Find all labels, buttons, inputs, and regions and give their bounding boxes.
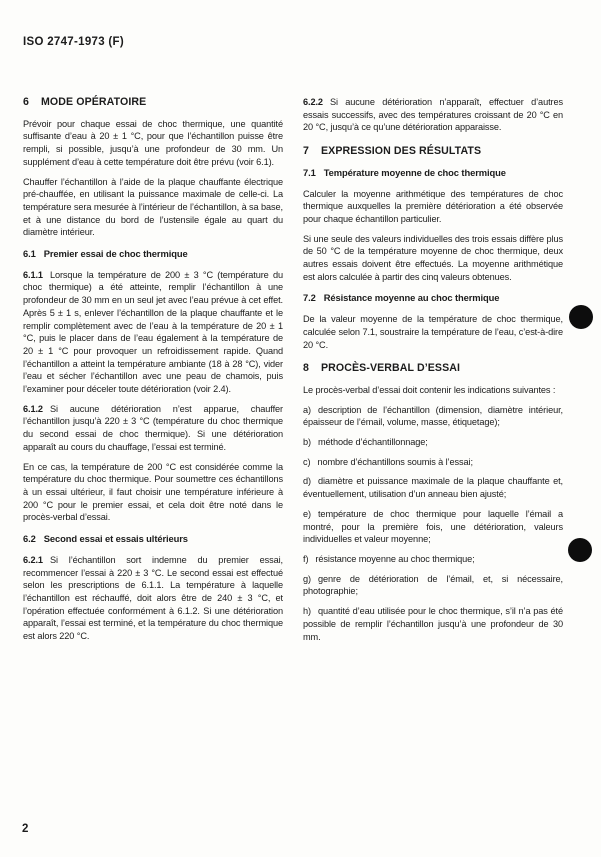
section-number: 7.1 xyxy=(303,167,316,178)
paragraph-7-1-a: Calculer la moyenne arithmétique des tem… xyxy=(303,188,563,226)
clause-number: 6.1.1 xyxy=(23,270,43,280)
list-text: diamètre et puissance maximale de la pla… xyxy=(303,476,563,499)
clause-text: Si aucune détérioration n’apparaît, effe… xyxy=(303,97,563,132)
two-column-layout: 6MODE OPÉRATOIRE Prévoir pour chaque ess… xyxy=(23,96,563,650)
section-number: 8 xyxy=(303,362,309,374)
list-item-g: g)genre de détérioration de l’émail, et,… xyxy=(303,573,563,598)
document-page: ISO 2747-1973 (F) 6MODE OPÉRATOIRE Prévo… xyxy=(0,0,601,857)
section-title: PROCÈS-VERBAL D’ESSAI xyxy=(321,362,460,374)
left-column: 6MODE OPÉRATOIRE Prévoir pour chaque ess… xyxy=(23,96,283,650)
list-item-a: a)description de l’échantillon (dimensio… xyxy=(303,404,563,429)
right-column: 6.2.2Si aucune détérioration n’apparaît,… xyxy=(303,96,563,650)
section-title: MODE OPÉRATOIRE xyxy=(41,96,146,108)
list-text: méthode d’échantillonnage; xyxy=(318,437,428,447)
section-number: 6.2 xyxy=(23,533,36,544)
paragraph-6-intro-2: Chauffer l’échantillon à l’aide de la pl… xyxy=(23,176,283,240)
section-6-heading: 6MODE OPÉRATOIRE xyxy=(23,96,283,109)
clause-text: Lorsque la température de 200 ± 3 °C (te… xyxy=(23,270,283,394)
list-text: quantité d’eau utilisée pour le choc the… xyxy=(303,606,563,641)
section-title: Température moyenne de choc thermique xyxy=(324,167,506,178)
section-number: 6 xyxy=(23,96,29,108)
list-item-f: f)résistance moyenne au choc thermique; xyxy=(303,553,563,566)
paragraph-6-1-1: 6.1.1Lorsque la température de 200 ± 3 °… xyxy=(23,269,283,396)
list-item-h: h)quantité d’eau utilisée pour le choc t… xyxy=(303,605,563,643)
paragraph-6-1-2: 6.1.2Si aucune détérioration n’est appar… xyxy=(23,403,283,454)
paragraph-6-2-2: 6.2.2Si aucune détérioration n’apparaît,… xyxy=(303,96,563,134)
list-text: nombre d’échantillons soumis à l’essai; xyxy=(317,457,472,467)
list-text: description de l’échantillon (dimension,… xyxy=(303,405,563,428)
paragraph-6-intro-1: Prévoir pour chaque essai de choc thermi… xyxy=(23,118,283,169)
section-title: Résistance moyenne au choc thermique xyxy=(324,292,500,303)
list-marker: f) xyxy=(303,554,308,564)
list-item-d: d)diamètre et puissance maximale de la p… xyxy=(303,475,563,500)
clause-text: Si aucune détérioration n’est apparue, c… xyxy=(23,404,283,452)
list-marker: c) xyxy=(303,457,310,467)
clause-number: 6.1.2 xyxy=(23,404,43,414)
list-item-c: c)nombre d’échantillons soumis à l’essai… xyxy=(303,456,563,469)
list-marker: h) xyxy=(303,606,311,616)
paragraph-7-1-b: Si une seule des valeurs individuelles d… xyxy=(303,233,563,284)
section-6-2-heading: 6.2Second essai et essais ultérieurs xyxy=(23,533,283,546)
section-title: Second essai et essais ultérieurs xyxy=(44,533,188,544)
registration-dot-icon xyxy=(568,538,592,562)
section-8-heading: 8PROCÈS-VERBAL D’ESSAI xyxy=(303,362,563,375)
list-marker: a) xyxy=(303,405,311,415)
list-marker: d) xyxy=(303,476,311,486)
list-text: genre de détérioration de l’émail, et, s… xyxy=(303,574,563,597)
list-text: résistance moyenne au choc thermique; xyxy=(315,554,474,564)
section-number: 7 xyxy=(303,145,309,157)
list-item-e: e)température de choc thermique pour laq… xyxy=(303,508,563,546)
section-7-2-heading: 7.2Résistance moyenne au choc thermique xyxy=(303,292,563,305)
clause-number: 6.2.1 xyxy=(23,555,43,565)
paragraph-8-intro: Le procès-verbal d’essai doit contenir l… xyxy=(303,384,563,397)
clause-text: Si l’échantillon sort indemne du premier… xyxy=(23,555,283,641)
list-text: température de choc thermique pour laque… xyxy=(303,509,563,544)
list-marker: e) xyxy=(303,509,311,519)
list-item-b: b)méthode d’échantillonnage; xyxy=(303,436,563,449)
section-7-1-heading: 7.1Température moyenne de choc thermique xyxy=(303,167,563,180)
section-title: Premier essai de choc thermique xyxy=(44,248,188,259)
list-marker: g) xyxy=(303,574,311,584)
clause-number: 6.2.2 xyxy=(303,97,323,107)
page-number: 2 xyxy=(22,823,28,835)
section-7-heading: 7EXPRESSION DES RÉSULTATS xyxy=(303,145,563,158)
paragraph-7-2: De la valeur moyenne de la température d… xyxy=(303,313,563,351)
document-reference: ISO 2747-1973 (F) xyxy=(23,36,124,48)
section-6-1-heading: 6.1Premier essai de choc thermique xyxy=(23,248,283,261)
section-number: 7.2 xyxy=(303,292,316,303)
list-marker: b) xyxy=(303,437,311,447)
registration-dot-icon xyxy=(569,305,593,329)
section-title: EXPRESSION DES RÉSULTATS xyxy=(321,145,481,157)
paragraph-6-2-1: 6.2.1Si l’échantillon sort indemne du pr… xyxy=(23,554,283,643)
paragraph-6-1-2-cont: En ce cas, la température de 200 °C est … xyxy=(23,461,283,525)
section-number: 6.1 xyxy=(23,248,36,259)
